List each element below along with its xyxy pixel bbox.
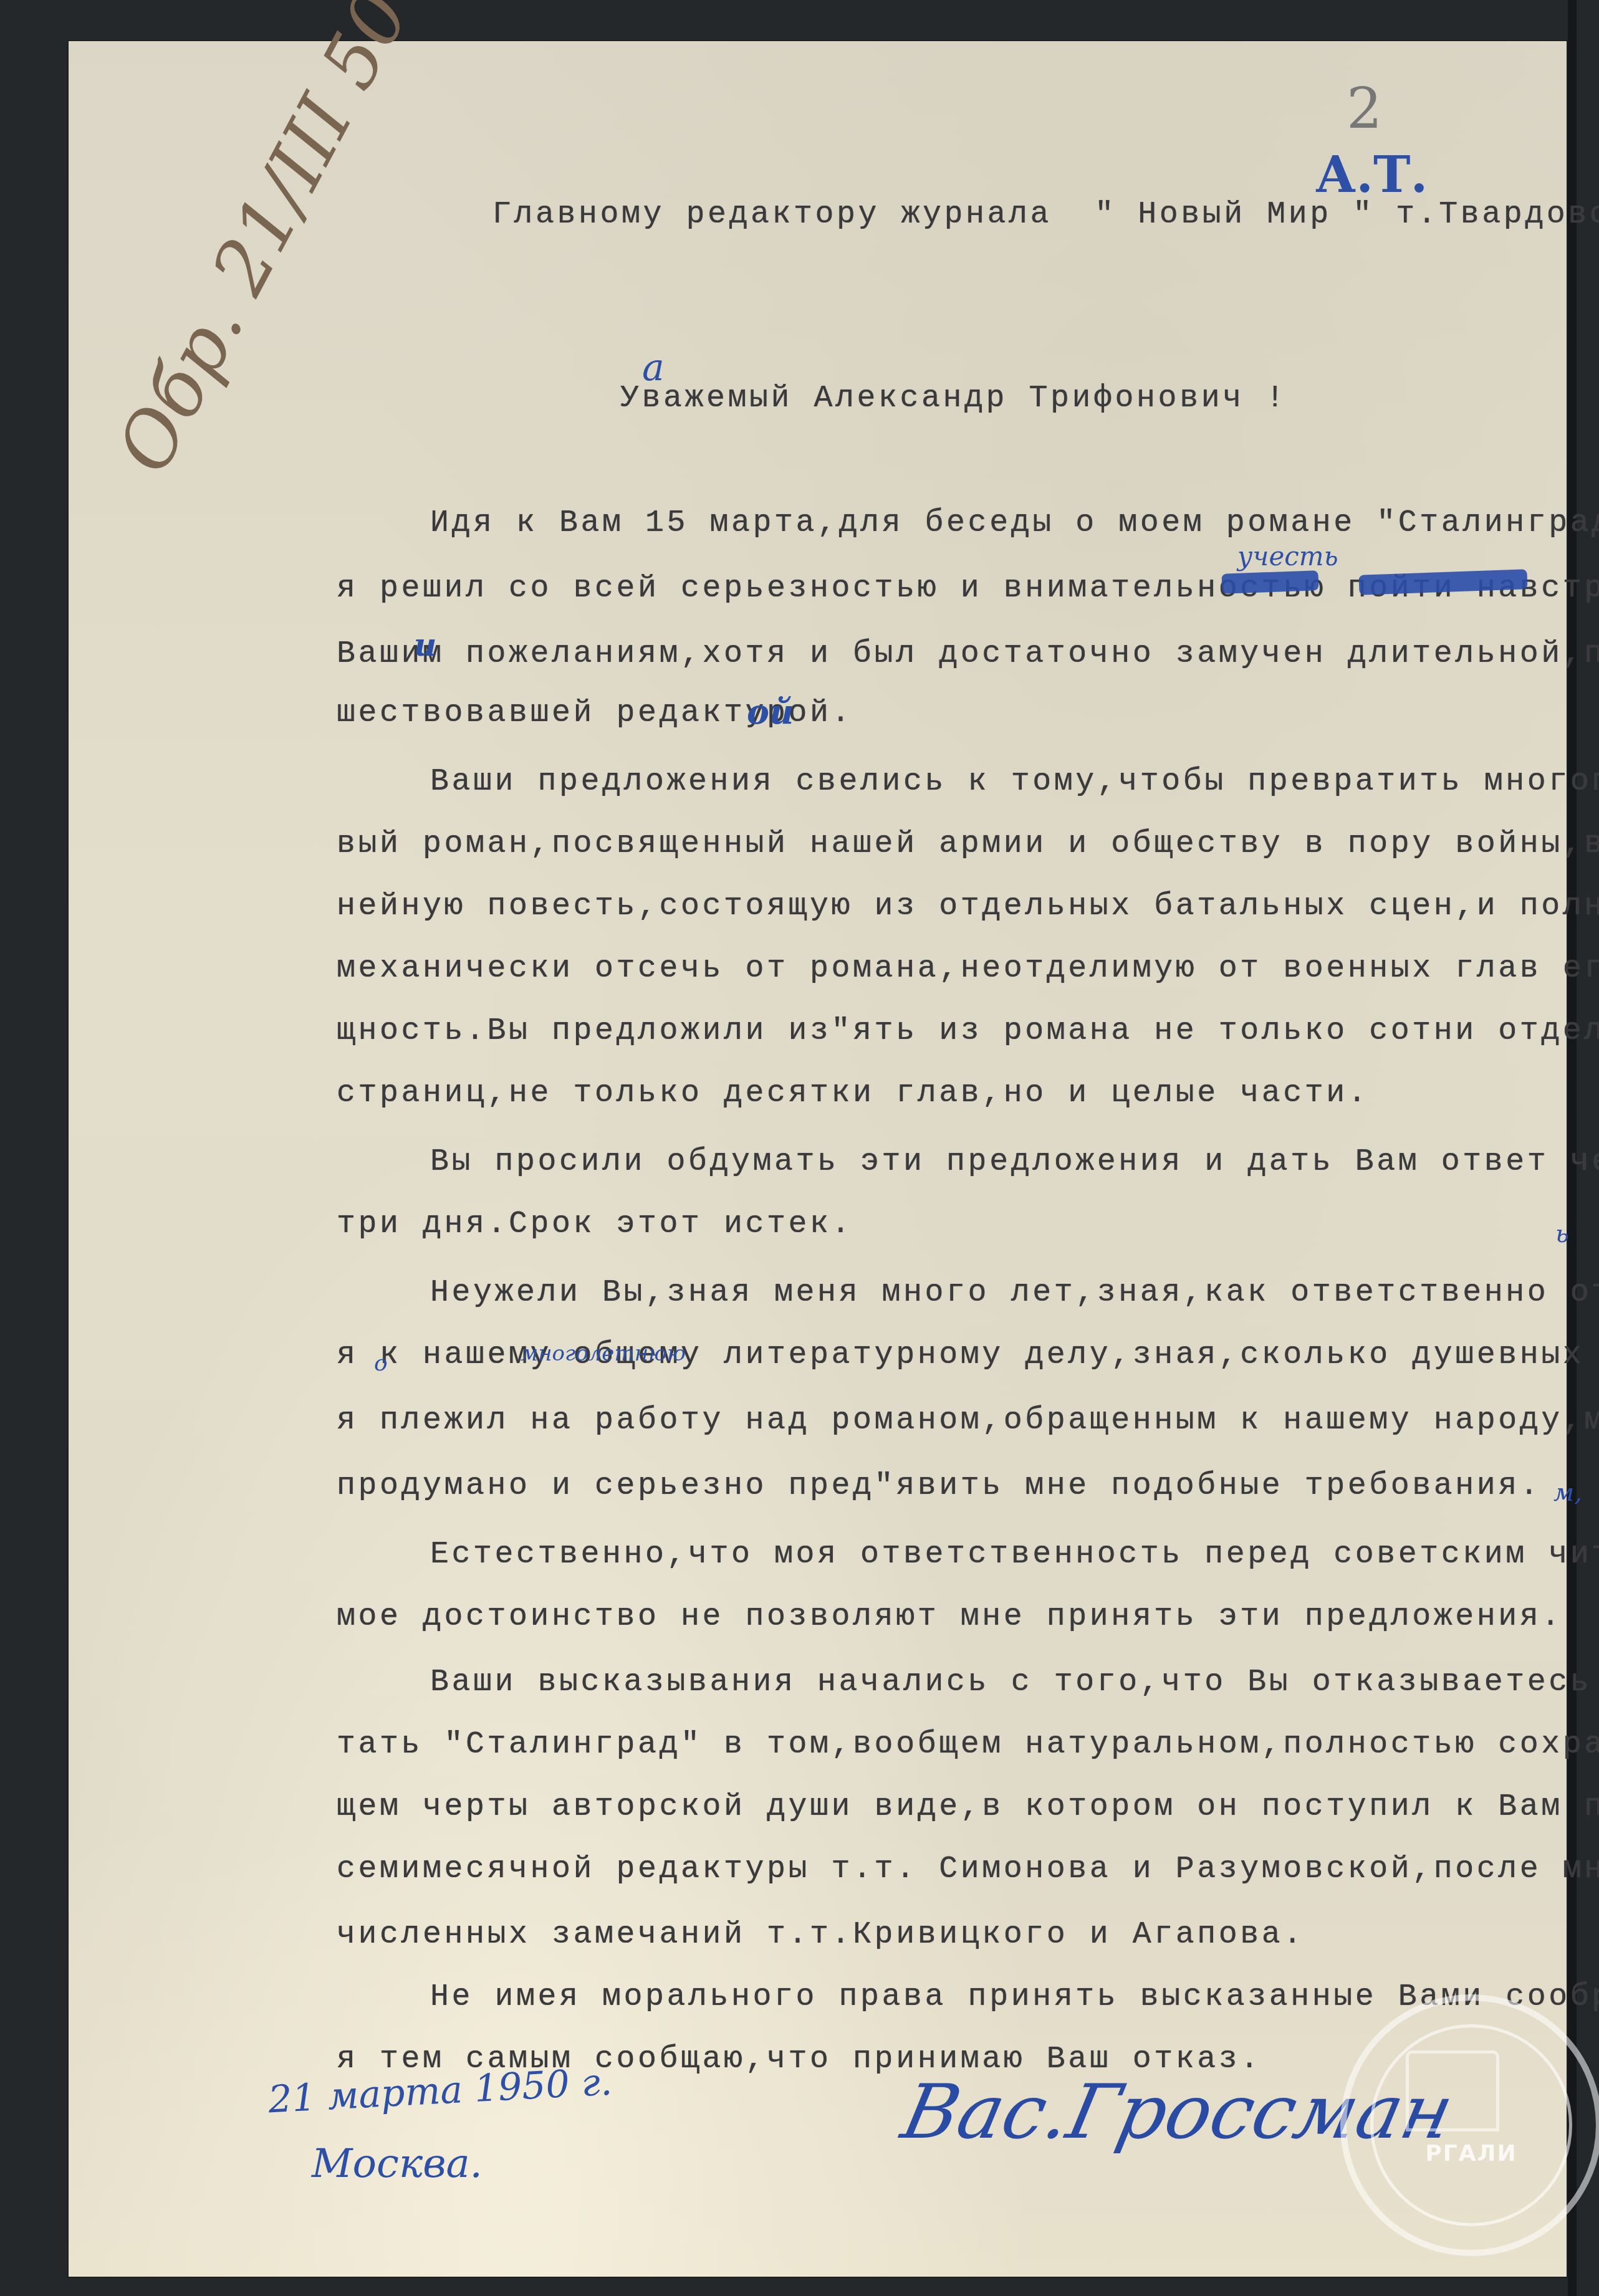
salutation: Уважемый Александр Трифонович ! xyxy=(620,383,1287,414)
address-line: Главному редактору журнала " Новый Мир "… xyxy=(492,199,1599,231)
stamp-book-icon xyxy=(1406,2050,1499,2131)
letter-line: Неужели Вы,зная меня много лет,зная,как … xyxy=(430,1278,1599,1309)
strikethrough xyxy=(1221,570,1318,593)
letter-line: семимесячной редактуры т.т. Симонова и Р… xyxy=(337,1854,1599,1885)
ink-margin-letter: м, xyxy=(1553,1480,1582,1505)
letter-line: мое достоинство не позволяют мне принять… xyxy=(337,1602,1563,1633)
stamp-label: РГАЛИ xyxy=(1347,2141,1596,2166)
page-number: 2 xyxy=(1347,81,1382,137)
letter-line: щность.Вы предложили из"ять из романа не… xyxy=(337,1016,1599,1047)
letter-line: Ваши высказывания начались с того,что Вы… xyxy=(430,1667,1599,1698)
letter-line: страниц,не только десятки глав,но и целы… xyxy=(337,1078,1369,1109)
letter-line: численных замечаний т.т.Кривицкого и Ага… xyxy=(337,1920,1305,1951)
ink-ending-fix: ой xyxy=(747,695,794,729)
letter-line: механически отсечь от романа,неотделимую… xyxy=(337,954,1599,985)
letter-place: Москва. xyxy=(312,2144,483,2184)
address-ink-insert: А.Т. xyxy=(1315,150,1428,199)
archive-stamp: РГАЛИ xyxy=(1340,1994,1599,2256)
ink-margin-letter: ь xyxy=(1555,1222,1569,1246)
ink-ending-fix: и xyxy=(414,629,436,661)
letter-line: Вашим пожеланиям,хотя и был достаточно з… xyxy=(337,639,1599,670)
letter-line: нейную повесть,состоящую из отдельных ба… xyxy=(337,891,1599,922)
letter-line: Идя к Вам 15 марта,для беседы о моем ром… xyxy=(430,508,1599,539)
letter-line: продумано и серьезно пред"явить мне подо… xyxy=(337,1471,1541,1502)
ink-insert-word: многолетнюю xyxy=(521,1343,686,1364)
letter-line: вый роман,посвященный нашей армии и обще… xyxy=(337,829,1599,860)
letter-line: щем черты авторской души виде,в котором … xyxy=(337,1792,1599,1823)
letter-line: Вы просили обдумать эти предложения и да… xyxy=(430,1147,1599,1178)
letter-line: три дня.Срок этот истек. xyxy=(337,1209,853,1240)
letter-line: Ваши предложения свелись к тому,чтобы пр… xyxy=(430,767,1599,798)
ink-letter-fix: о xyxy=(374,1352,388,1375)
letter-line: тать "Сталинград" в том,вообщем натураль… xyxy=(337,1729,1599,1761)
letter-line: Естественно,что моя ответственность пере… xyxy=(430,1539,1599,1571)
ink-replacement-word: учесть xyxy=(1237,543,1338,570)
letter-line: я плежил на работу над романом,обращенны… xyxy=(337,1405,1599,1437)
